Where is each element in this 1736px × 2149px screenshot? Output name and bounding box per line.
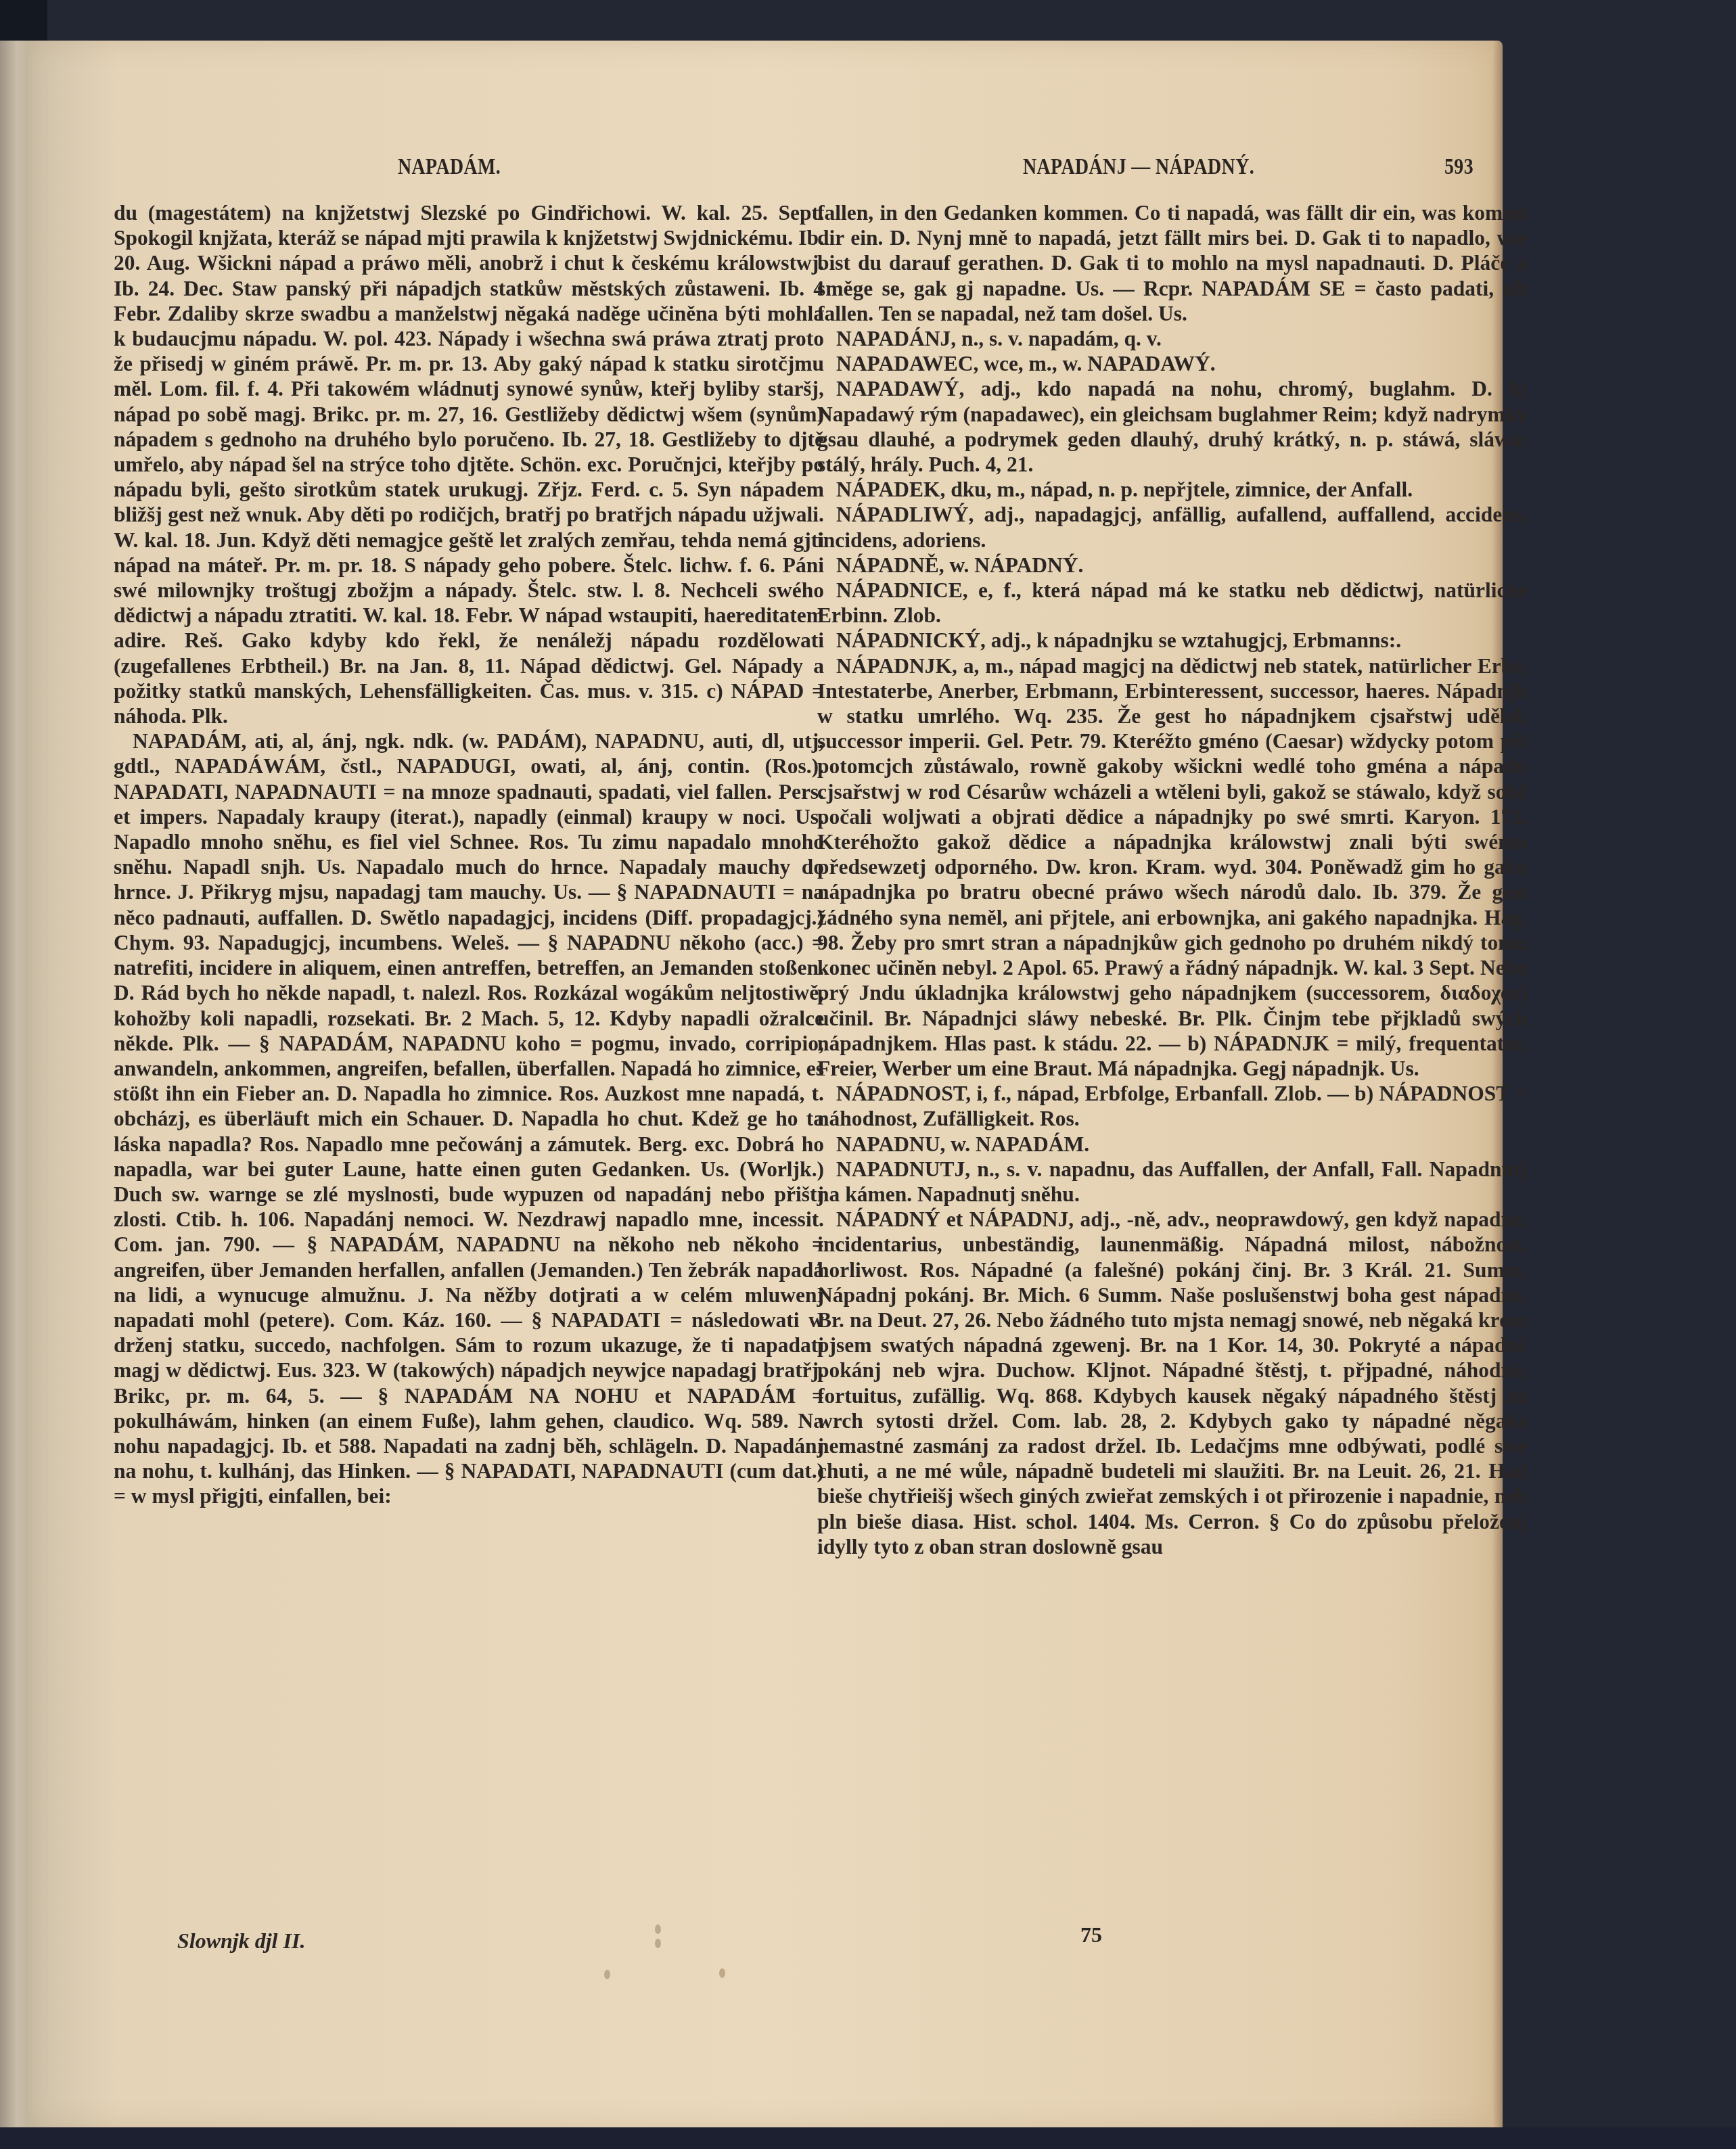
dictionary-entry-napadnost: NÁPADNOST, i, f., nápad, Erbfolge, Erban… [817, 1081, 1528, 1131]
dictionary-entry-napadanj: NAPADÁNJ, n., s. v. napadám, q. v. [817, 326, 1528, 351]
continuation-paragraph: fallen, in den Gedanken kommen. Co ti na… [817, 200, 1528, 326]
page-number: 593 [1444, 154, 1474, 180]
dictionary-entry-napadne: NÁPADNĚ, w. NÁPADNÝ. [817, 553, 1528, 578]
dictionary-entry-napadek: NÁPADEK, dku, m., nápad, n. p. nepřjtele… [817, 477, 1528, 502]
dictionary-entry-napadnutj: NAPADNUTJ, n., s. v. napadnu, das Auffal… [817, 1157, 1528, 1207]
scan-background-bottom [0, 2127, 1736, 2149]
dictionary-entry-napadnu: NAPADNU, w. NAPADÁM. [817, 1132, 1528, 1157]
paper-stain [655, 1939, 661, 1948]
dictionary-entry-napadny: NÁPADNÝ et NÁPADNJ, adj., -ně, adv., neo… [817, 1207, 1528, 1559]
signature-line: Slownjk djl II. [177, 1928, 305, 1954]
running-head-right: NAPADÁNJ — NÁPADNÝ. [1023, 154, 1254, 180]
dictionary-entry-napadnicky: NÁPADNICKÝ, adj., k nápadnjku se wztahug… [817, 628, 1528, 653]
dictionary-entry-napadnice: NÁPADNICE, e, f., která nápad má ke stat… [817, 578, 1528, 628]
dictionary-entry-napadnjk: NÁPADNJK, a, m., nápad magjcj na dědictw… [817, 653, 1528, 1081]
right-text-column: fallen, in den Gedanken kommen. Co ti na… [817, 200, 1528, 1559]
dictionary-entry-napadawec: NAPADAWEC, wce, m., w. NAPADAWÝ. [817, 351, 1528, 376]
signature-mark: 75 [1080, 1922, 1102, 1947]
paper-stain [719, 1968, 725, 1978]
running-head-left: NAPADÁM. [398, 154, 501, 180]
paper-stain [655, 1924, 661, 1934]
book-spine-shadow [0, 0, 47, 41]
dictionary-entry-napadawy: NAPADAWÝ, adj., kdo napadá na nohu, chro… [817, 376, 1528, 477]
dictionary-entry-napadam: NAPADÁM, ati, al, ánj, ngk. ndk. (w. PAD… [114, 729, 824, 1508]
continuation-paragraph: du (magestátem) na knjžetstwj Slezské po… [114, 200, 824, 729]
dictionary-entry-napadliwy: NÁPADLIWÝ, adj., napadagjcj, anfällig, a… [817, 502, 1528, 552]
paper-stain [604, 1970, 610, 1979]
left-text-column: du (magestátem) na knjžetstwj Slezské po… [114, 200, 824, 1509]
